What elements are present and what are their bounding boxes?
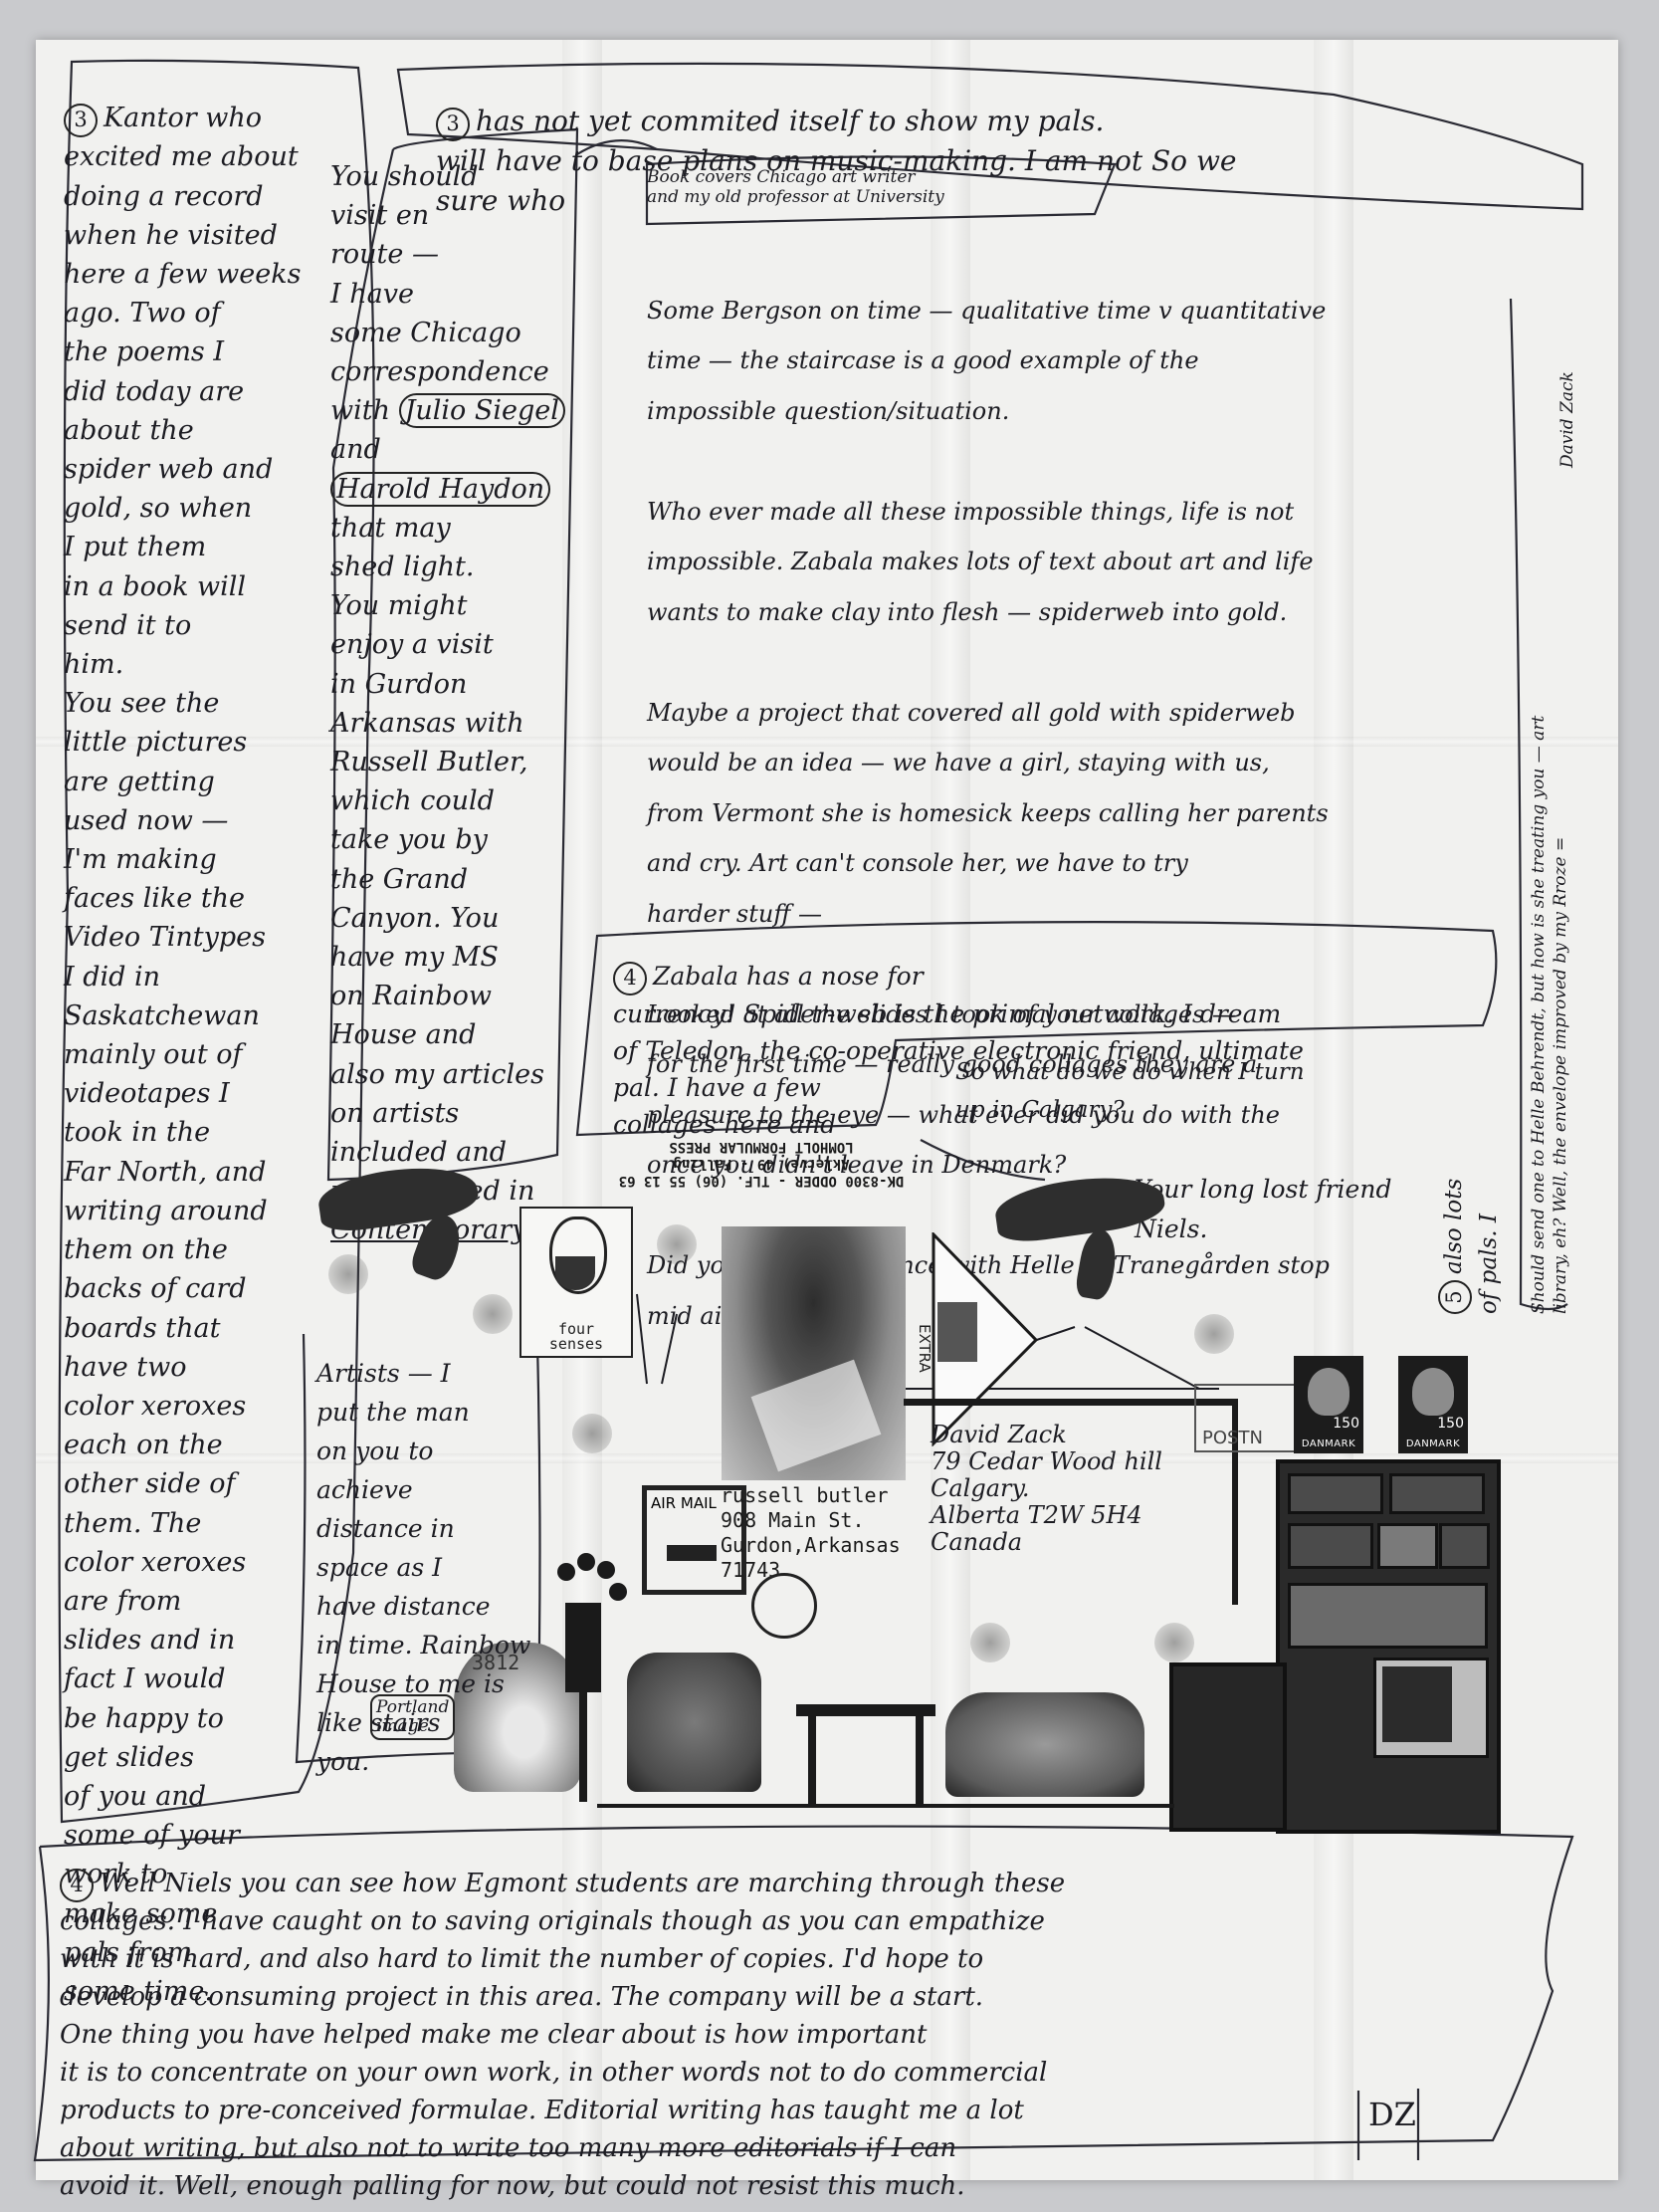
ink-smudge: [970, 1623, 1010, 1662]
section-number-badge: 5: [1438, 1280, 1472, 1314]
flower-icon: [557, 1563, 575, 1581]
ink-smudge: [1154, 1623, 1194, 1662]
ink-smudge: [572, 1414, 612, 1453]
ink-smudge: [328, 1254, 368, 1294]
train-wreck-photo: [722, 1226, 906, 1480]
portland-image-label: Portland image: [370, 1694, 455, 1740]
postage-stamp: 150 DANMARK: [1398, 1356, 1468, 1453]
tv-screen: [1382, 1666, 1452, 1742]
press-stamp: DK-8300 ODDER - TLF. (06) 55 13 63 Akler…: [612, 1138, 911, 1189]
middle-column-text: You should visit en route — I have some …: [330, 157, 569, 1250]
bottom-paragraph-body: Well Niels you can see how Egmont studen…: [60, 1869, 1065, 2201]
closing-signature: Your long lost friend Niels.: [1135, 1170, 1413, 1249]
sofa-drawing: [945, 1692, 1144, 1797]
airmail-label: AIR MAIL: [651, 1494, 717, 1512]
middle-column-intro: You should visit en route — I have some …: [330, 161, 549, 426]
boat-icon: [667, 1545, 717, 1561]
recipient-address: David Zack 79 Cedar Wood hill Calgary. A…: [931, 1422, 1209, 1556]
section-number-badge: 4: [613, 962, 647, 995]
vase-stand: [579, 1692, 587, 1802]
section-number-badge: 4: [60, 1869, 94, 1902]
circled-name: Harold Haydon: [330, 472, 550, 507]
stamp-value: 150: [1437, 1416, 1464, 1432]
flower-icon: [577, 1553, 595, 1571]
postmark-text: POSTN: [1202, 1428, 1263, 1448]
middle-column-body: that may shed light. You might enjoy a v…: [330, 513, 544, 1207]
table-leg: [808, 1712, 816, 1807]
stamp-country: DANMARK: [1398, 1438, 1468, 1449]
portrait-beard: [555, 1256, 595, 1290]
russell-butler-address: russell butler 908 Main St. Gurdon,Arkan…: [721, 1483, 901, 1583]
right-margin-signature: David Zack: [1557, 371, 1577, 468]
cabinet-drawing: [1276, 1459, 1501, 1834]
television-drawing: [1373, 1658, 1489, 1758]
armchair-drawing: [627, 1653, 761, 1792]
bottom-paragraph: 4Well Niels you can see how Egmont stude…: [60, 1827, 1553, 2205]
section-number-badge: 3: [64, 104, 98, 137]
table-leg: [916, 1712, 924, 1807]
circled-name: Julio Siegel: [399, 393, 565, 428]
press-stamp-line: LOMHOLT FORMULAR PRESS: [612, 1138, 911, 1155]
postage-stamp: 150 DANMARK: [1294, 1356, 1363, 1453]
left-column-text: 3Kantor who excited me about doing a rec…: [64, 60, 352, 2011]
left-column-body: Kantor who excited me about doing a reco…: [64, 103, 301, 2007]
stamp-country: DANMARK: [1294, 1438, 1363, 1449]
extra-label: EXTRA: [916, 1324, 933, 1373]
stamp-value: 150: [1333, 1416, 1359, 1432]
portrait-stamp: four senses: [519, 1207, 633, 1358]
calgary-question: So what do we do when I turn up in Calga…: [955, 1053, 1433, 1129]
ink-smudge: [1194, 1314, 1234, 1354]
paragraph: Who ever made all these impossible thing…: [647, 487, 1483, 638]
ink-smudge: [473, 1294, 513, 1334]
ground-line: [597, 1804, 1174, 1808]
dz-signature: DZ: [1368, 2096, 1416, 2133]
stamp-portrait: [1308, 1368, 1349, 1416]
table-drawing: [796, 1704, 935, 1716]
flower-icon: [597, 1561, 615, 1579]
section-number-badge: 3: [436, 108, 470, 141]
press-stamp-line: DK-8300 ODDER - TLF. (06) 55 13 63: [612, 1172, 911, 1189]
book-note: Book covers Chicago art writer and my ol…: [647, 167, 1085, 207]
stamp-portrait: [1412, 1368, 1454, 1416]
vase-drawing: [565, 1603, 601, 1692]
paragraph: Maybe a project that covered all gold wi…: [647, 688, 1483, 940]
vertical-side-note: 5also lots of pals. I: [1403, 1075, 1506, 1314]
postmark: POSTN: [1194, 1384, 1308, 1452]
middle-column-conjunction: and: [330, 434, 381, 465]
ink-smudge: [657, 1224, 697, 1264]
side-cabinet-drawing: [1169, 1662, 1287, 1832]
press-stamp-line: Aklerve) 49 - Falling: [612, 1155, 911, 1172]
stick-figure-head: [751, 1573, 817, 1639]
portrait-caption: four senses: [521, 1322, 631, 1352]
flower-icon: [609, 1583, 627, 1601]
paragraph: Some Bergson on time — qualitative time …: [647, 286, 1483, 437]
